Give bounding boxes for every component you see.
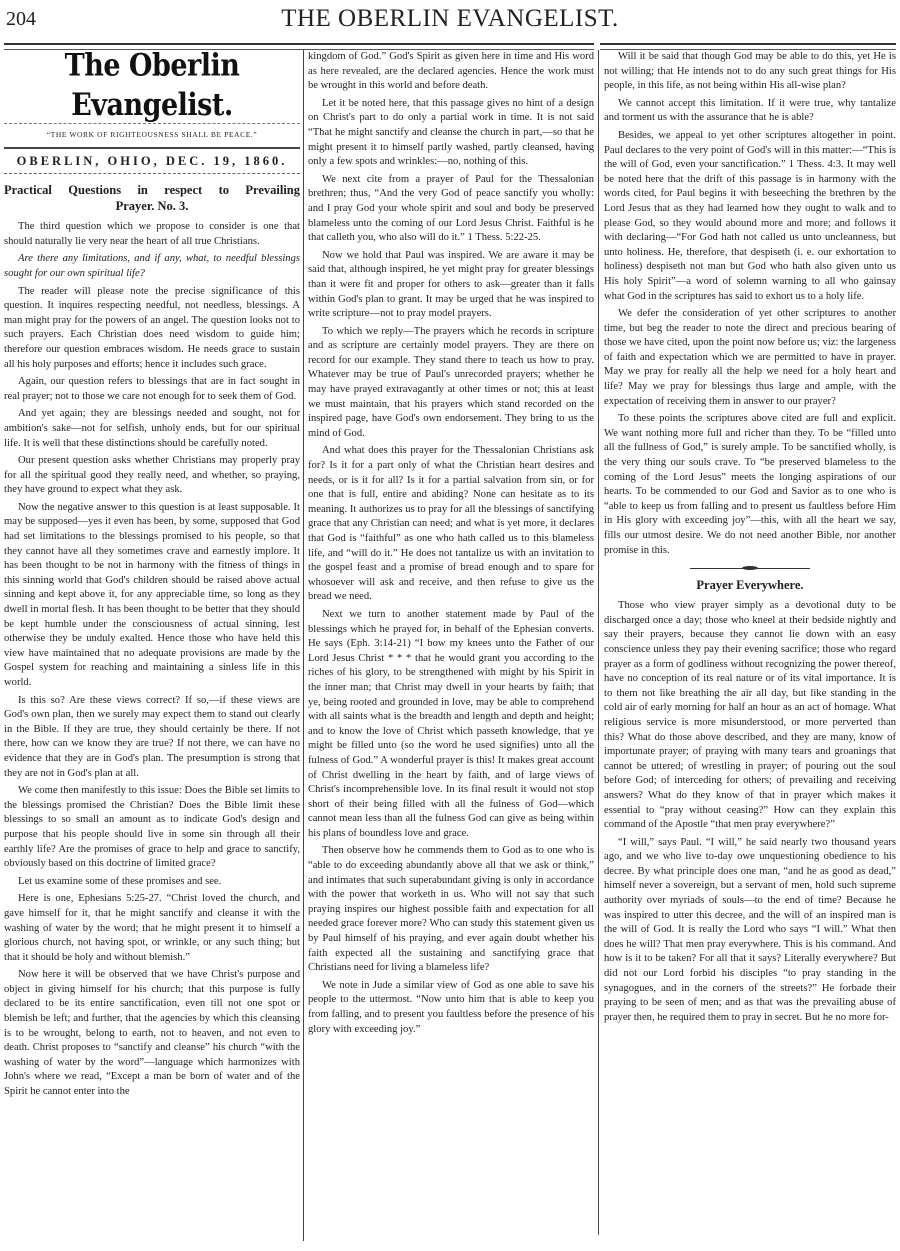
article-2-title: Prayer Everywhere. xyxy=(604,577,896,593)
paragraph: Then observe how he commends them to God… xyxy=(308,844,594,975)
paragraph: Our present question asks whether Christ… xyxy=(4,454,300,498)
paragraph: Now here it will be observed that we hav… xyxy=(4,968,300,1099)
column-3: Will it be said that though God may be a… xyxy=(604,50,896,1251)
paragraph: Again, our question refers to blessings … xyxy=(4,375,300,404)
paragraph: We cannot accept this limitation. If it … xyxy=(604,97,896,126)
article-title: Practical Questions in respect to Prevai… xyxy=(4,182,300,214)
paragraph: Is this so? Are these views correct? If … xyxy=(4,694,300,782)
paragraph: We next cite from a prayer of Paul for t… xyxy=(308,173,594,246)
column-2: kingdom of God.” God's Spirit as given h… xyxy=(308,50,594,1251)
column-rule-1 xyxy=(303,50,304,1241)
paragraph: We note in Jude a similar view of God as… xyxy=(308,979,594,1037)
paragraph: Next we turn to another statement made b… xyxy=(308,608,594,842)
running-title: THE OBERLIN EVANGELIST. xyxy=(0,5,900,33)
paragraph: Let it be noted here, that this passage … xyxy=(308,97,594,170)
article-title-line-2: Prayer. No. 3. xyxy=(116,199,189,213)
paragraph: To these points the scriptures above cit… xyxy=(604,412,896,558)
paragraph: We defer the consideration of yet other … xyxy=(604,307,896,409)
paragraph: To which we reply—The prayers which he r… xyxy=(308,325,594,442)
paragraph: Will it be said that though God may be a… xyxy=(604,50,896,94)
italic-text: Are there any limitations, and if any, w… xyxy=(4,253,300,279)
paragraph: Now we hold that Paul was inspired. We a… xyxy=(308,249,594,322)
paragraph: We come then manifestly to this issue: D… xyxy=(4,784,300,872)
paragraph-italic-question: Are there any limitations, and if any, w… xyxy=(4,252,300,281)
paragraph: And what does this prayer for the Thessa… xyxy=(308,444,594,605)
paragraph: The third question which we propose to c… xyxy=(4,220,300,249)
paragraph: Let us examine some of these promises an… xyxy=(4,875,300,890)
paragraph: Now the negative answer to this question… xyxy=(4,501,300,691)
column-1: The Oberlin Evangelist. “THE WORK OF RIG… xyxy=(4,50,300,1251)
column-rule-2 xyxy=(598,50,599,1235)
paragraph: Besides, we appeal to yet other scriptur… xyxy=(604,129,896,304)
paragraph: And yet again; they are blessings needed… xyxy=(4,407,300,451)
paragraph: Those who view prayer simply as a devoti… xyxy=(604,599,896,833)
page-header: 204 THE OBERLIN EVANGELIST. xyxy=(0,0,900,40)
paragraph: The reader will please note the precise … xyxy=(4,285,300,373)
top-rule-right xyxy=(600,43,896,50)
article-title-line-1: Practical Questions in respect to Prevai… xyxy=(4,182,300,198)
paragraph: Here is one, Ephesians 5:25-27. “Christ … xyxy=(4,892,300,965)
section-divider-ornament xyxy=(690,568,810,569)
paragraph-continued: kingdom of God.” God's Spirit as given h… xyxy=(308,50,594,94)
masthead-motto: “THE WORK OF RIGHTEOUSNESS SHALL BE PEAC… xyxy=(4,123,300,149)
masthead-title: The Oberlin Evangelist. xyxy=(4,47,300,125)
paragraph: “I will,” says Paul. “I will,” he said n… xyxy=(604,836,896,1026)
dateline: OBERLIN, OHIO, DEC. 19, 1860. xyxy=(4,149,300,175)
